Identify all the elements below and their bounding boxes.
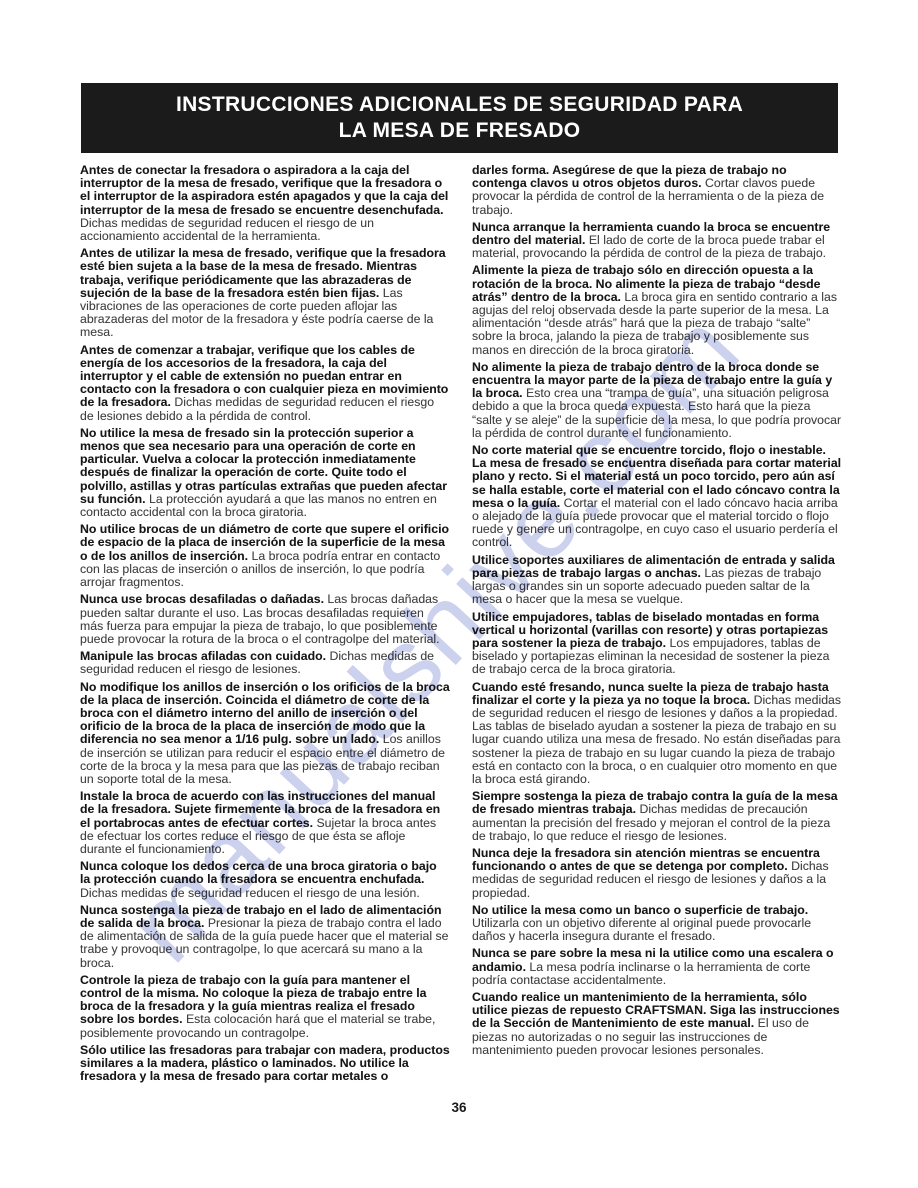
paragraph-body: Esto crea una “trampa de guía”, una situ…: [472, 386, 841, 440]
paragraph-lead: Nunca coloque los dedos cerca de una bro…: [80, 859, 437, 886]
paragraph-lead: Nunca deje la fresadora sin atención mie…: [472, 846, 820, 873]
paragraph-lead: Antes de conectar la fresadora o aspirad…: [80, 163, 448, 217]
safety-paragraph: Cuando esté fresando, nunca suelte la pi…: [472, 681, 842, 787]
safety-paragraph: Nunca arranque la herramienta cuando la …: [472, 221, 842, 261]
safety-paragraph: Antes de utilizar la mesa de fresado, ve…: [80, 247, 450, 339]
safety-paragraph: Controle la pieza de trabajo con la guía…: [80, 974, 450, 1040]
paragraph-lead: Sólo utilice las fresadoras para trabaja…: [80, 1043, 450, 1083]
safety-paragraph: Alimente la pieza de trabajo sólo en dir…: [472, 264, 842, 356]
safety-paragraph: Antes de conectar la fresadora o aspirad…: [80, 164, 450, 243]
safety-paragraph: Nunca use brocas desafiladas o dañadas. …: [80, 593, 450, 646]
safety-paragraph: Siempre sostenga la pieza de trabajo con…: [472, 790, 842, 843]
safety-paragraph: No modifique los anillos de inserción o …: [80, 681, 450, 787]
safety-paragraph: Instale la broca de acuerdo con las inst…: [80, 790, 450, 856]
safety-paragraph: Nunca se pare sobre la mesa ni la utilic…: [472, 947, 842, 987]
paragraph-lead: No utilice la mesa como un banco o super…: [472, 903, 808, 917]
paragraph-body: Dichas medidas de seguridad reducen el r…: [80, 886, 420, 900]
safety-paragraph: Cuando realice un mantenimiento de la he…: [472, 991, 842, 1057]
section-title-line2: LA MESA DE FRESADO: [339, 118, 581, 144]
paragraph-body: Dichas medidas de seguridad reducen el r…: [80, 216, 374, 243]
safety-paragraph: Nunca coloque los dedos cerca de una bro…: [80, 860, 450, 900]
safety-paragraph: No alimente la pieza de trabajo dentro d…: [472, 361, 842, 440]
safety-paragraph: No utilice la mesa de fresado sin la pro…: [80, 427, 450, 519]
paragraph-lead: Manipule las brocas afiladas con cuidado…: [80, 649, 326, 663]
paragraph-lead: Nunca use brocas desafiladas o dañadas.: [80, 592, 324, 606]
right-column: darles forma. Asegúrese de que la pieza …: [472, 164, 842, 1087]
safety-paragraph: Sólo utilice las fresadoras para trabaja…: [80, 1044, 450, 1084]
section-title-line1: INSTRUCCIONES ADICIONALES DE SEGURIDAD P…: [176, 92, 743, 118]
paragraph-body: Dichas medidas de seguridad reducen el r…: [472, 693, 841, 786]
safety-paragraph: Manipule las brocas afiladas con cuidado…: [80, 650, 450, 676]
safety-paragraph: Utilice soportes auxiliares de alimentac…: [472, 554, 842, 607]
safety-paragraph: Utilice empujadores, tablas de biselado …: [472, 611, 842, 677]
manual-page: manualshive.com INSTRUCCIONES ADICIONALE…: [0, 0, 918, 1188]
safety-paragraph: Nunca sostenga la pieza de trabajo en el…: [80, 904, 450, 970]
safety-paragraph: No corte material que se encuentre torci…: [472, 444, 842, 550]
two-column-text: Antes de conectar la fresadora o aspirad…: [80, 164, 842, 1087]
safety-paragraph: darles forma. Asegúrese de que la pieza …: [472, 164, 842, 217]
safety-paragraph: No utilice brocas de un diámetro de cort…: [80, 523, 450, 589]
page-number: 36: [0, 1100, 918, 1115]
paragraph-body: Utilizarla con un objetivo diferente al …: [472, 916, 811, 943]
safety-paragraph: No utilice la mesa como un banco o super…: [472, 904, 842, 944]
section-header-banner: INSTRUCCIONES ADICIONALES DE SEGURIDAD P…: [81, 83, 838, 153]
safety-paragraph: Nunca deje la fresadora sin atención mie…: [472, 847, 842, 900]
left-column: Antes de conectar la fresadora o aspirad…: [80, 164, 450, 1087]
safety-paragraph: Antes de comenzar a trabajar, verifique …: [80, 344, 450, 423]
